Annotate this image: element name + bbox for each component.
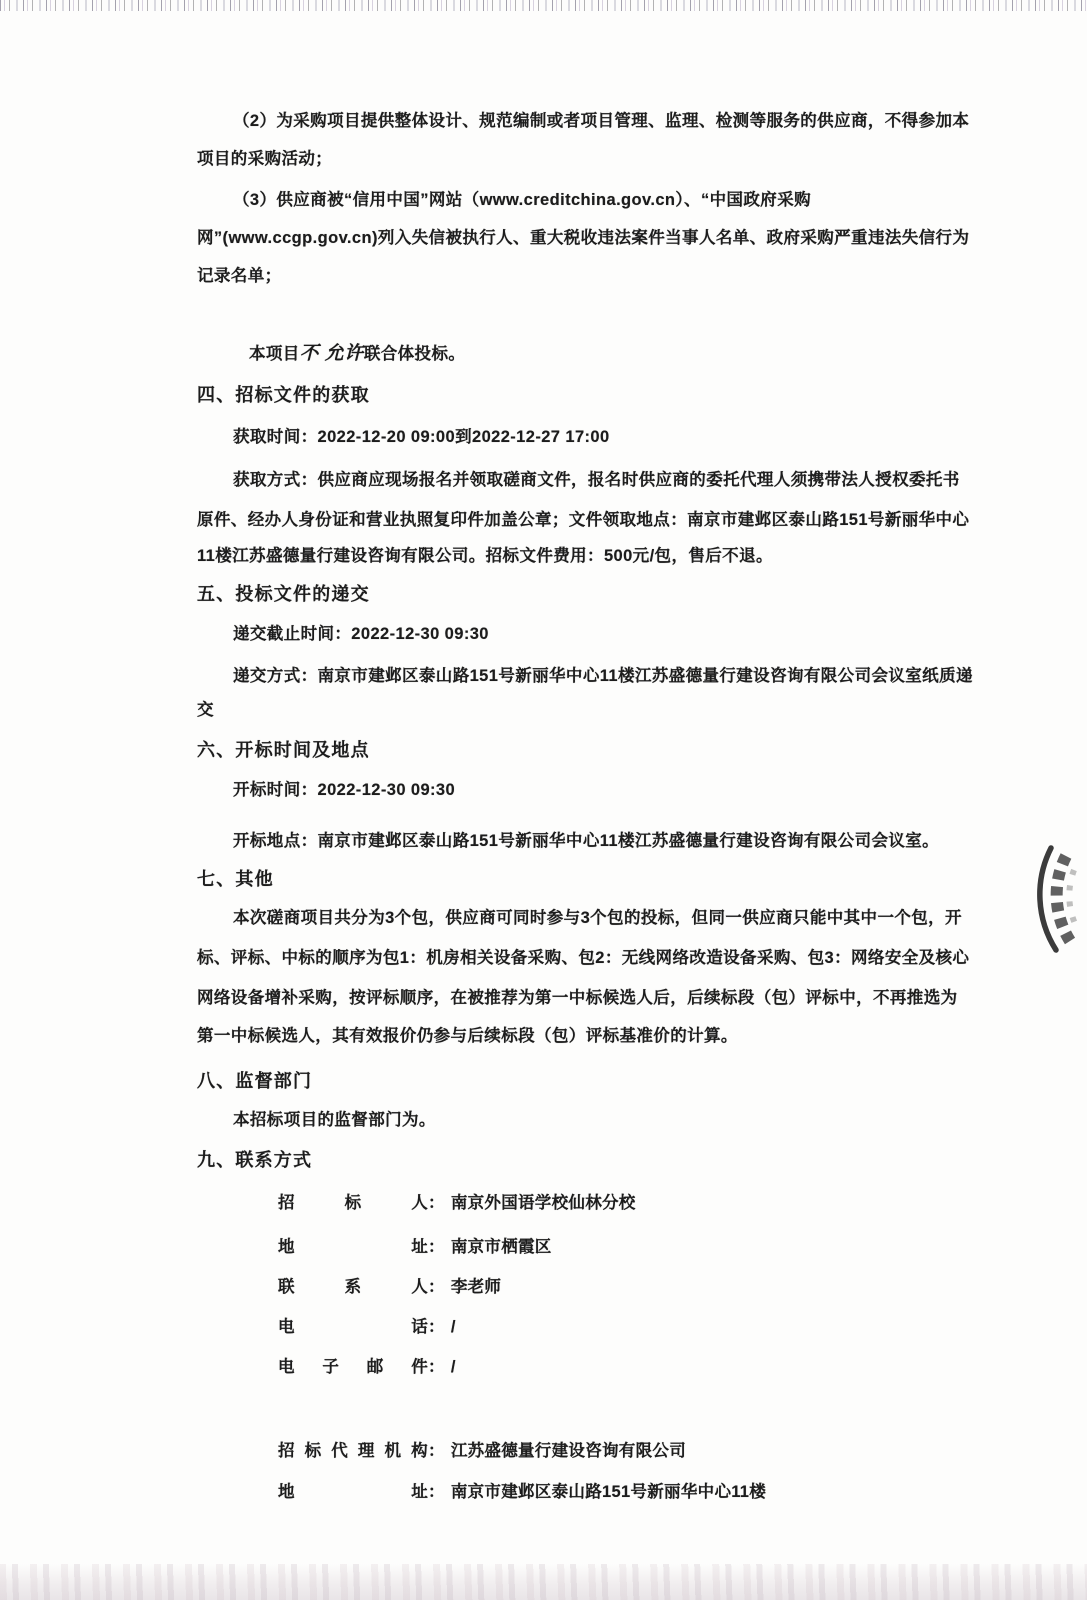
joint-bid-suffix: 联合体投标。 xyxy=(364,345,465,363)
partial-seal-stamp xyxy=(1000,818,1087,960)
doc-line: 项目的采购活动； xyxy=(197,146,332,172)
contact-colon: ： xyxy=(428,1273,445,1297)
contact-colon: ： xyxy=(428,1437,445,1461)
contact-row-agency: 招标代理机构：江苏盛德量行建设咨询有限公司 xyxy=(278,1437,686,1461)
doc-line: （3）供应商被“信用中国”网站（www.creditchina.gov.cn）、… xyxy=(233,187,811,213)
seal-outer-arc xyxy=(1040,848,1056,950)
section-heading: 四、招标文件的获取 xyxy=(197,382,370,408)
doc-line: 开标地点：南京市建邺区泰山路151号新丽华中心11楼江苏盛德量行建设咨询有限公司… xyxy=(233,828,939,854)
doc-line: 网”(www.ccgp.gov.cn)列入失信被执行人、重大税收违法案件当事人名… xyxy=(197,225,969,251)
doc-line: 标、评标、中标的顺序为包1：机房相关设备采购、包2：无线网络改造设备采购、包3：… xyxy=(197,945,969,971)
contact-colon: ： xyxy=(428,1353,445,1377)
doc-line: 获取时间：2022-12-20 09:00到2022-12-27 17:00 xyxy=(233,424,610,450)
seal-inner-smudge xyxy=(1069,870,1076,926)
doc-line: 11楼江苏盛德量行建设咨询有限公司。招标文件费用：500元/包，售后不退。 xyxy=(197,543,773,569)
contact-value: 南京市栖霞区 xyxy=(451,1238,552,1256)
contact-row-email: 电子邮件：/ xyxy=(278,1353,456,1377)
doc-line: 获取方式：供应商应现场报名并领取磋商文件，报名时供应商的委托代理人须携带法人授权… xyxy=(233,467,960,493)
contact-value: / xyxy=(451,1318,456,1336)
doc-line: 开标时间：2022-12-30 09:30 xyxy=(233,777,455,803)
scan-noise-bottom xyxy=(0,1564,1087,1600)
contact-label: 电话 xyxy=(278,1313,428,1337)
doc-line: 递交方式：南京市建邺区泰山路151号新丽华中心11楼江苏盛德量行建设咨询有限公司… xyxy=(233,663,973,689)
section-heading: 七、其他 xyxy=(197,866,274,892)
contact-value: 南京外国语学校仙林分校 xyxy=(451,1194,636,1212)
contact-label: 电子邮件 xyxy=(278,1353,428,1377)
doc-line: 本次磋商项目共分为3个包，供应商可同时参与3个包的投标，但同一供应商只能中其中一… xyxy=(233,905,962,931)
contact-row-bidder: 招标人：南京外国语学校仙林分校 xyxy=(278,1189,636,1213)
section-heading: 八、监督部门 xyxy=(197,1068,312,1094)
doc-line: 记录名单； xyxy=(197,263,282,289)
scan-noise-top xyxy=(0,0,1087,11)
contact-row-agency-address: 地址：南京市建邺区泰山路151号新丽华中心11楼 xyxy=(278,1478,766,1502)
contact-value: 李老师 xyxy=(451,1278,501,1296)
contact-label: 地址 xyxy=(278,1478,428,1502)
joint-bid-statement: 本项目不 允许联合体投标。 xyxy=(249,341,465,367)
contact-row-person: 联系人：李老师 xyxy=(278,1273,501,1297)
doc-line: 交 xyxy=(197,697,214,723)
scanned-document-page: { "doc": { "lines": [ "（2）为采购项目提供整体设计、规范… xyxy=(0,0,1087,1600)
doc-line: （2）为采购项目提供整体设计、规范编制或者项目管理、监理、检测等服务的供应商，不… xyxy=(233,108,969,134)
contact-row-address: 地址：南京市栖霞区 xyxy=(278,1233,552,1257)
contact-colon: ： xyxy=(428,1313,445,1337)
contact-value: 江苏盛德量行建设咨询有限公司 xyxy=(451,1442,686,1460)
contact-label: 联系人 xyxy=(278,1273,428,1297)
contact-label: 招标代理机构 xyxy=(278,1437,428,1461)
seal-character-marks xyxy=(1057,856,1070,941)
section-heading: 六、开标时间及地点 xyxy=(197,737,370,763)
section-heading: 九、联系方式 xyxy=(197,1147,312,1173)
contact-label: 招标人 xyxy=(278,1189,428,1213)
doc-line: 递交截止时间：2022-12-30 09:30 xyxy=(233,621,489,647)
contact-value: 南京市建邺区泰山路151号新丽华中心11楼 xyxy=(451,1483,766,1501)
contact-label: 地址 xyxy=(278,1233,428,1257)
contact-row-phone: 电话：/ xyxy=(278,1313,456,1337)
doc-line: 第一中标候选人，其有效报价仍参与后续标段（包）评标基准价的计算。 xyxy=(197,1023,738,1049)
contact-colon: ： xyxy=(428,1233,445,1257)
contact-value: / xyxy=(451,1358,456,1376)
joint-bid-emphasis: 不 允许 xyxy=(300,344,364,364)
doc-line: 网络设备增补采购，按评标顺序，在被推荐为第一中标候选人后，后续标段（包）评标中，… xyxy=(197,985,958,1011)
doc-line: 原件、经办人身份证和营业执照复印件加盖公章；文件领取地点：南京市建邺区泰山路15… xyxy=(197,507,969,533)
doc-line: 本招标项目的监督部门为。 xyxy=(233,1107,436,1133)
contact-colon: ： xyxy=(428,1189,445,1213)
section-heading: 五、投标文件的递交 xyxy=(197,581,370,607)
joint-bid-prefix: 本项目 xyxy=(249,345,300,363)
contact-colon: ： xyxy=(428,1478,445,1502)
